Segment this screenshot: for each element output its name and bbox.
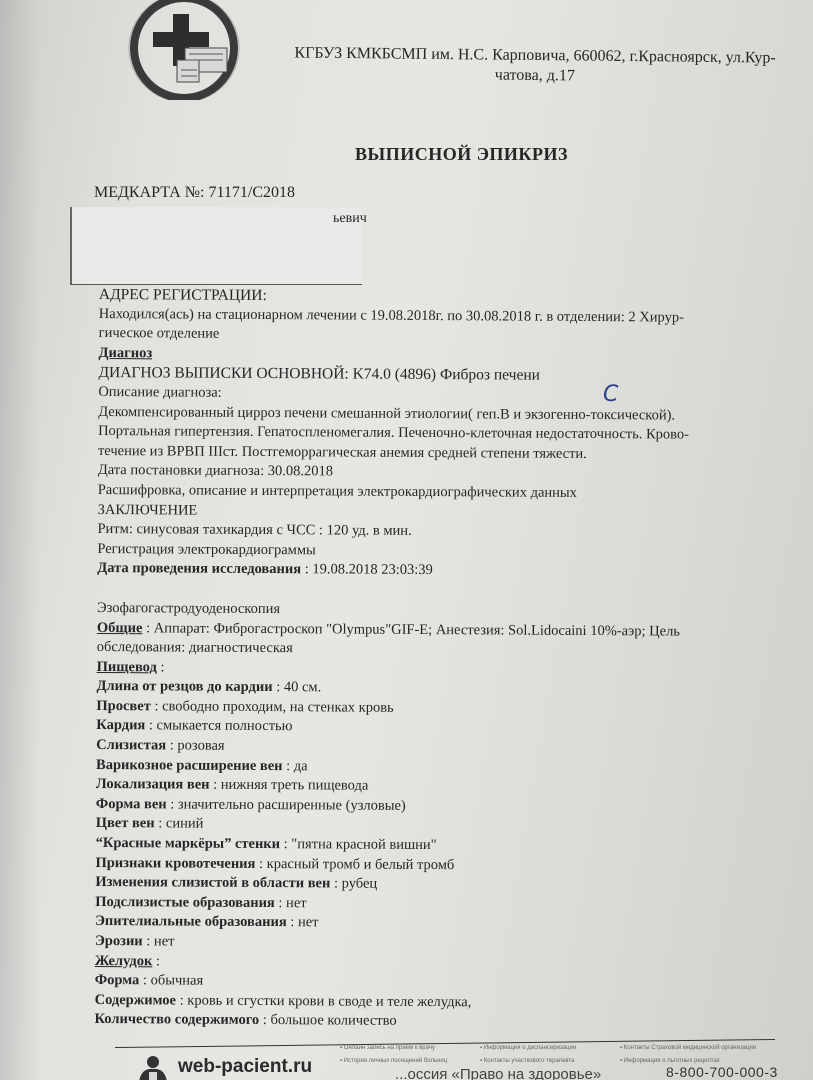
- finding-value: : обычная: [139, 972, 203, 988]
- footer-link[interactable]: ▪ Информация о диспансеризации: [480, 1044, 620, 1053]
- finding-label: Содержимое: [95, 992, 176, 1008]
- footer-link[interactable]: ▪ Контакты Страховой медицинской организ…: [620, 1044, 760, 1053]
- finding-label: Количество содержимого: [94, 1011, 259, 1028]
- general-value: : Аппарат: Фиброгастроскоп "Olympus"GIF-…: [142, 620, 680, 639]
- web-pacient-person-icon: [135, 1056, 171, 1080]
- footer-link[interactable]: ▪ История личных посещений больниц: [340, 1057, 480, 1066]
- finding-label: Форма вен: [96, 796, 167, 812]
- finding-label: Варикозное расширение вен: [96, 757, 283, 774]
- finding-label: Длина от резцов до кардии: [96, 678, 272, 695]
- redacted-patient-name: [70, 207, 362, 285]
- finding-value: : синий: [155, 816, 204, 832]
- medcard-number: МЕДКАРТА №: 71171/С2018: [94, 184, 295, 202]
- finding-label: Слизистая: [96, 737, 166, 753]
- finding-label: Цвет вен: [96, 815, 155, 831]
- finding-value: : да: [283, 758, 308, 774]
- general-label: Общие: [97, 619, 143, 635]
- finding-label: Признаки кровотечения: [95, 855, 255, 872]
- finding-value: : рубец: [330, 876, 377, 892]
- finding-label: Кардия: [96, 717, 145, 733]
- finding-label: Эрозии: [95, 933, 143, 949]
- finding-label: Эпителиальные образования: [95, 913, 287, 930]
- finding-value: : свободно проходим, на стенках кровь: [151, 698, 394, 715]
- hospital-logo-icon: [127, 0, 245, 100]
- document-title: ВЫПИСНОЙ ЭПИКРИЗ: [0, 144, 813, 165]
- footer: web-pacient.ru ▪ Онлайн запись на прием …: [130, 1050, 813, 1080]
- exam-date-label: Дата проведения исследования: [97, 560, 301, 577]
- finding-value: : смыкается полностью: [145, 718, 292, 735]
- esophagus-label: Пищевод: [97, 659, 157, 675]
- finding-row: Количество содержимого : большое количес…: [94, 1010, 794, 1034]
- finding-value: : нет: [275, 895, 307, 911]
- finding-label: Подслизистые образования: [95, 894, 275, 911]
- finding-value: : 40 см.: [273, 679, 322, 695]
- finding-label: “Красные маркёры” стенки: [96, 835, 281, 852]
- finding-value: : нет: [143, 933, 175, 949]
- finding-value: : большое количество: [259, 1012, 397, 1029]
- patient-name-fragment: ьевич: [333, 211, 367, 227]
- finding-value: : значительно расширенные (узловые): [167, 796, 406, 813]
- finding-label: Форма: [95, 972, 140, 988]
- finding-value: : нижняя треть пищевода: [209, 777, 368, 794]
- footer-site[interactable]: web-pacient.ru: [178, 1056, 312, 1078]
- finding-value: : красный тромб и белый тромб: [255, 856, 454, 873]
- footer-link[interactable]: ▪ Контакты участкового терапевта: [480, 1057, 620, 1066]
- finding-value: : "пятна красной вишни": [280, 836, 437, 853]
- footer-bottom-text: ...оссия «Право на здоровье»: [395, 1066, 601, 1080]
- finding-value: : нет: [287, 915, 319, 931]
- finding-value: : кровь и сгустки крови в своде и теле ж…: [176, 992, 471, 1010]
- finding-value: : розовая: [166, 737, 225, 753]
- finding-label: Изменения слизистой в области вен: [95, 874, 330, 891]
- document-body: АДРЕС РЕГИСТРАЦИИ: Находился(ась) на ста…: [94, 285, 799, 1034]
- esophagus-findings: Длина от резцов до кардии : 40 см.Просве…: [95, 677, 797, 956]
- stomach-findings: Форма : обычнаяСодержимое : кровь и сгус…: [94, 971, 794, 1034]
- finding-label: Локализация вен: [96, 776, 210, 793]
- organization-header: КГБУЗ КМКБСМП им. Н.С. Карповича, 660062…: [270, 43, 800, 89]
- exam-date-value: : 19.08.2018 23:03:39: [301, 562, 433, 579]
- finding-label: Просвет: [96, 698, 151, 714]
- stomach-label: Желудок: [95, 953, 153, 969]
- footer-link[interactable]: ▪ Онлайн запись на прием к врачу: [340, 1044, 480, 1053]
- footer-phone[interactable]: 8-800-700-000-3: [666, 1064, 778, 1080]
